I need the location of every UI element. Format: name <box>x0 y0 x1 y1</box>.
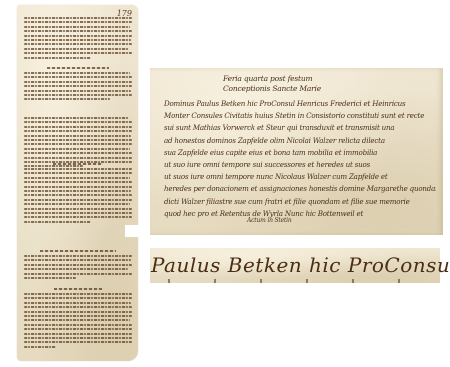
text-line <box>24 39 131 41</box>
text-line <box>24 94 132 96</box>
text-line <box>24 311 132 313</box>
text-line <box>24 17 132 19</box>
paragraph-line: sua Zapfelde eius capite eius et bona ta… <box>164 147 436 159</box>
paragraph-line: Monter Consules Civitatis huius Stetin i… <box>164 110 436 122</box>
text-section <box>24 163 132 225</box>
text-line <box>24 328 132 330</box>
paragraph-line: ut suos iure omni tempore nunc Nicolaus … <box>164 171 436 183</box>
text-line <box>24 264 132 266</box>
text-line <box>24 255 132 257</box>
paragraph-line: heredes per donacionem et assignaciones … <box>164 183 436 195</box>
text-line <box>24 293 132 295</box>
text-section <box>24 17 132 61</box>
text-line <box>24 190 131 192</box>
text-line <box>24 186 132 188</box>
text-section <box>24 288 132 350</box>
paragraph-line: Dominus Paulus Betken hic ProConsul Henr… <box>164 98 436 110</box>
full-manuscript-page: 179 <box>17 5 138 361</box>
paragraph-line: dicti Walzer filiastre sue cum fratri et… <box>164 196 436 208</box>
text-line <box>24 35 132 37</box>
text-line <box>24 341 132 343</box>
section-heading <box>54 288 102 290</box>
section-heading <box>40 250 116 252</box>
text-line <box>24 130 132 132</box>
text-line <box>24 57 91 59</box>
text-line <box>24 306 132 308</box>
next-line-descenders <box>150 279 440 283</box>
text-line <box>24 143 132 145</box>
detail-line-panel: Paulus Betken hic ProConsul <box>150 248 440 283</box>
text-line <box>24 302 131 304</box>
text-line <box>24 98 110 100</box>
text-line <box>24 43 132 45</box>
paragraph-line: sui sunt Mathias Vorwerck et Steur qui t… <box>164 122 436 134</box>
paragraph-line: ut suo iure omni tempore sui successores… <box>164 159 436 171</box>
text-line <box>24 177 130 179</box>
text-section <box>24 250 132 281</box>
text-line <box>24 48 129 50</box>
text-line <box>24 52 132 54</box>
paragraph-line: ad honestos dominos Zapfelde olim Nicola… <box>164 135 436 147</box>
text-line <box>24 337 132 339</box>
text-line <box>24 319 130 321</box>
text-line <box>24 152 132 154</box>
detail-line-text: Paulus Betken hic ProConsul <box>151 253 450 277</box>
text-line <box>24 216 132 218</box>
text-line <box>24 172 132 174</box>
text-line <box>24 135 131 137</box>
text-line <box>24 72 130 74</box>
text-line <box>24 81 132 83</box>
text-line <box>24 221 91 223</box>
text-line <box>24 259 131 261</box>
text-line <box>24 199 132 201</box>
text-line <box>24 148 130 150</box>
text-line <box>24 21 132 23</box>
text-line <box>24 90 131 92</box>
section-heading <box>47 67 110 69</box>
text-line <box>24 268 128 270</box>
detail-paragraph-panel: Feria quarta post festum Conceptionis Sa… <box>150 68 443 235</box>
text-section <box>24 117 132 170</box>
text-line <box>24 277 76 279</box>
text-line <box>24 315 132 317</box>
text-line <box>24 181 132 183</box>
text-line <box>24 121 132 123</box>
text-line <box>24 273 132 275</box>
text-line <box>24 117 129 119</box>
text-line <box>24 168 132 170</box>
section-heading <box>53 163 103 165</box>
text-line <box>24 126 132 128</box>
text-line <box>24 346 56 348</box>
text-line <box>24 26 130 28</box>
text-line <box>24 297 132 299</box>
text-section <box>24 67 132 103</box>
text-line <box>24 333 132 335</box>
paragraph-footer: Actum in Stetin <box>247 217 292 224</box>
text-line <box>24 30 132 32</box>
text-line <box>24 324 132 326</box>
text-line <box>24 208 132 210</box>
text-line <box>24 157 132 159</box>
text-line <box>24 212 132 214</box>
paragraph-line: quod hec pro et Retentus de Wyrla Nunc h… <box>164 208 436 220</box>
text-line <box>24 194 132 196</box>
text-line <box>24 203 130 205</box>
text-line <box>24 76 132 78</box>
page-tear-notch <box>125 225 139 237</box>
paragraph-heading-line-2: Conceptionis Sancte Marie <box>223 84 321 93</box>
text-line <box>24 85 132 87</box>
text-line <box>24 139 132 141</box>
paragraph-heading-line-1: Feria quarta post festum <box>223 74 312 83</box>
paragraph-body: Dominus Paulus Betken hic ProConsul Henr… <box>164 98 436 220</box>
